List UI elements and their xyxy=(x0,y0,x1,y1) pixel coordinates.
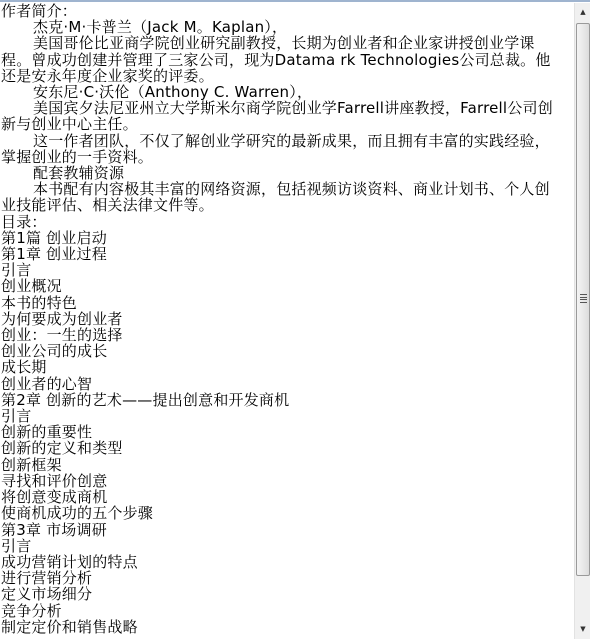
toc-item: 创业：一生的选择 xyxy=(1,327,561,343)
toc-item: 引言 xyxy=(1,538,561,554)
arrow-up-icon: ▲ xyxy=(580,8,585,16)
toc-item: 引言 xyxy=(1,408,561,424)
toc-item: 为何要成为创业者 xyxy=(1,311,561,327)
toc-chapter-3: 第3章 市场调研 xyxy=(1,522,561,538)
toc-item: 成长期 xyxy=(1,359,561,375)
toc-item: 进行营销分析 xyxy=(1,570,561,586)
resources-heading: 配套教辅资源 xyxy=(1,165,561,181)
toc-item: 引言 xyxy=(1,262,561,278)
toc-item: 寻找和评价创意 xyxy=(1,473,561,489)
toc-item: 创新的重要性 xyxy=(1,424,561,440)
author-intro-heading: 作者简介： xyxy=(1,3,561,19)
text-document: 作者简介： 杰克·M·卡普兰（Jack M。Kaplan）， 美国哥伦比亚商学院… xyxy=(1,3,561,639)
toc-part-1: 第1篇 创业启动 xyxy=(1,230,561,246)
toc-item: 创业者的心智 xyxy=(1,376,561,392)
author-1-bio: 美国哥伦比亚商学院创业研究副教授，长期为创业者和企业家讲授创业学课程。曾成功创建… xyxy=(1,35,561,84)
author-2-bio: 美国宾夕法尼亚州立大学斯米尔商学院创业学Farrell讲座教授，Farrell公… xyxy=(1,100,561,132)
scroll-down-button[interactable]: ▼ xyxy=(575,620,590,637)
toc-heading: 目录： xyxy=(1,214,561,230)
toc-item: 创新的定义和类型 xyxy=(1,440,561,456)
scrollbar-thumb[interactable] xyxy=(576,23,590,576)
toc-item: 使商机成功的五个步骤 xyxy=(1,505,561,521)
toc-item: 成功营销计划的特点 xyxy=(1,554,561,570)
toc-item: 将创意变成商机 xyxy=(1,489,561,505)
author-1-name: 杰克·M·卡普兰（Jack M。Kaplan）， xyxy=(1,19,561,35)
toc-item: 竞争分析 xyxy=(1,603,561,619)
team-summary: 这一作者团队，不仅了解创业学研究的最新成果，而且拥有丰富的实践经验，掌握创业的一… xyxy=(1,133,561,165)
toc-item: 定义市场细分 xyxy=(1,586,561,602)
toc-item: 创新框架 xyxy=(1,457,561,473)
resources-description: 本书配有内容极其丰富的网络资源，包括视频访谈资料、商业计划书、个人创业技能评估、… xyxy=(1,181,561,213)
toc-chapter-1: 第1章 创业过程 xyxy=(1,246,561,262)
toc-item: 创业公司的成长 xyxy=(1,343,561,359)
arrow-down-icon: ▼ xyxy=(580,625,585,633)
author-2-name: 安东尼·C·沃伦（Anthony C. Warren）， xyxy=(1,84,561,100)
window-top-border xyxy=(0,0,590,2)
grip-icon xyxy=(580,294,587,303)
toc-item: 本书的特色 xyxy=(1,295,561,311)
toc-item: 制定定价和销售战略 xyxy=(1,619,561,635)
toc-item: 创业概况 xyxy=(1,278,561,294)
scroll-up-button[interactable]: ▲ xyxy=(575,3,590,20)
toc-chapter-2: 第2章 创新的艺术——提出创意和开发商机 xyxy=(1,392,561,408)
vertical-scrollbar[interactable]: ▲ ▼ xyxy=(574,3,590,639)
